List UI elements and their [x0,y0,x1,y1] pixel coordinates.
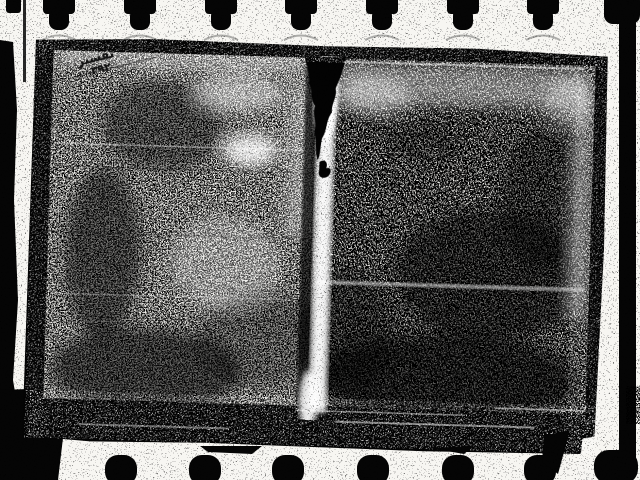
microfilm-scan: تفسير ٣٩٢ [0,0,640,480]
film-artwork [0,0,640,480]
dust-layer [0,0,640,480]
